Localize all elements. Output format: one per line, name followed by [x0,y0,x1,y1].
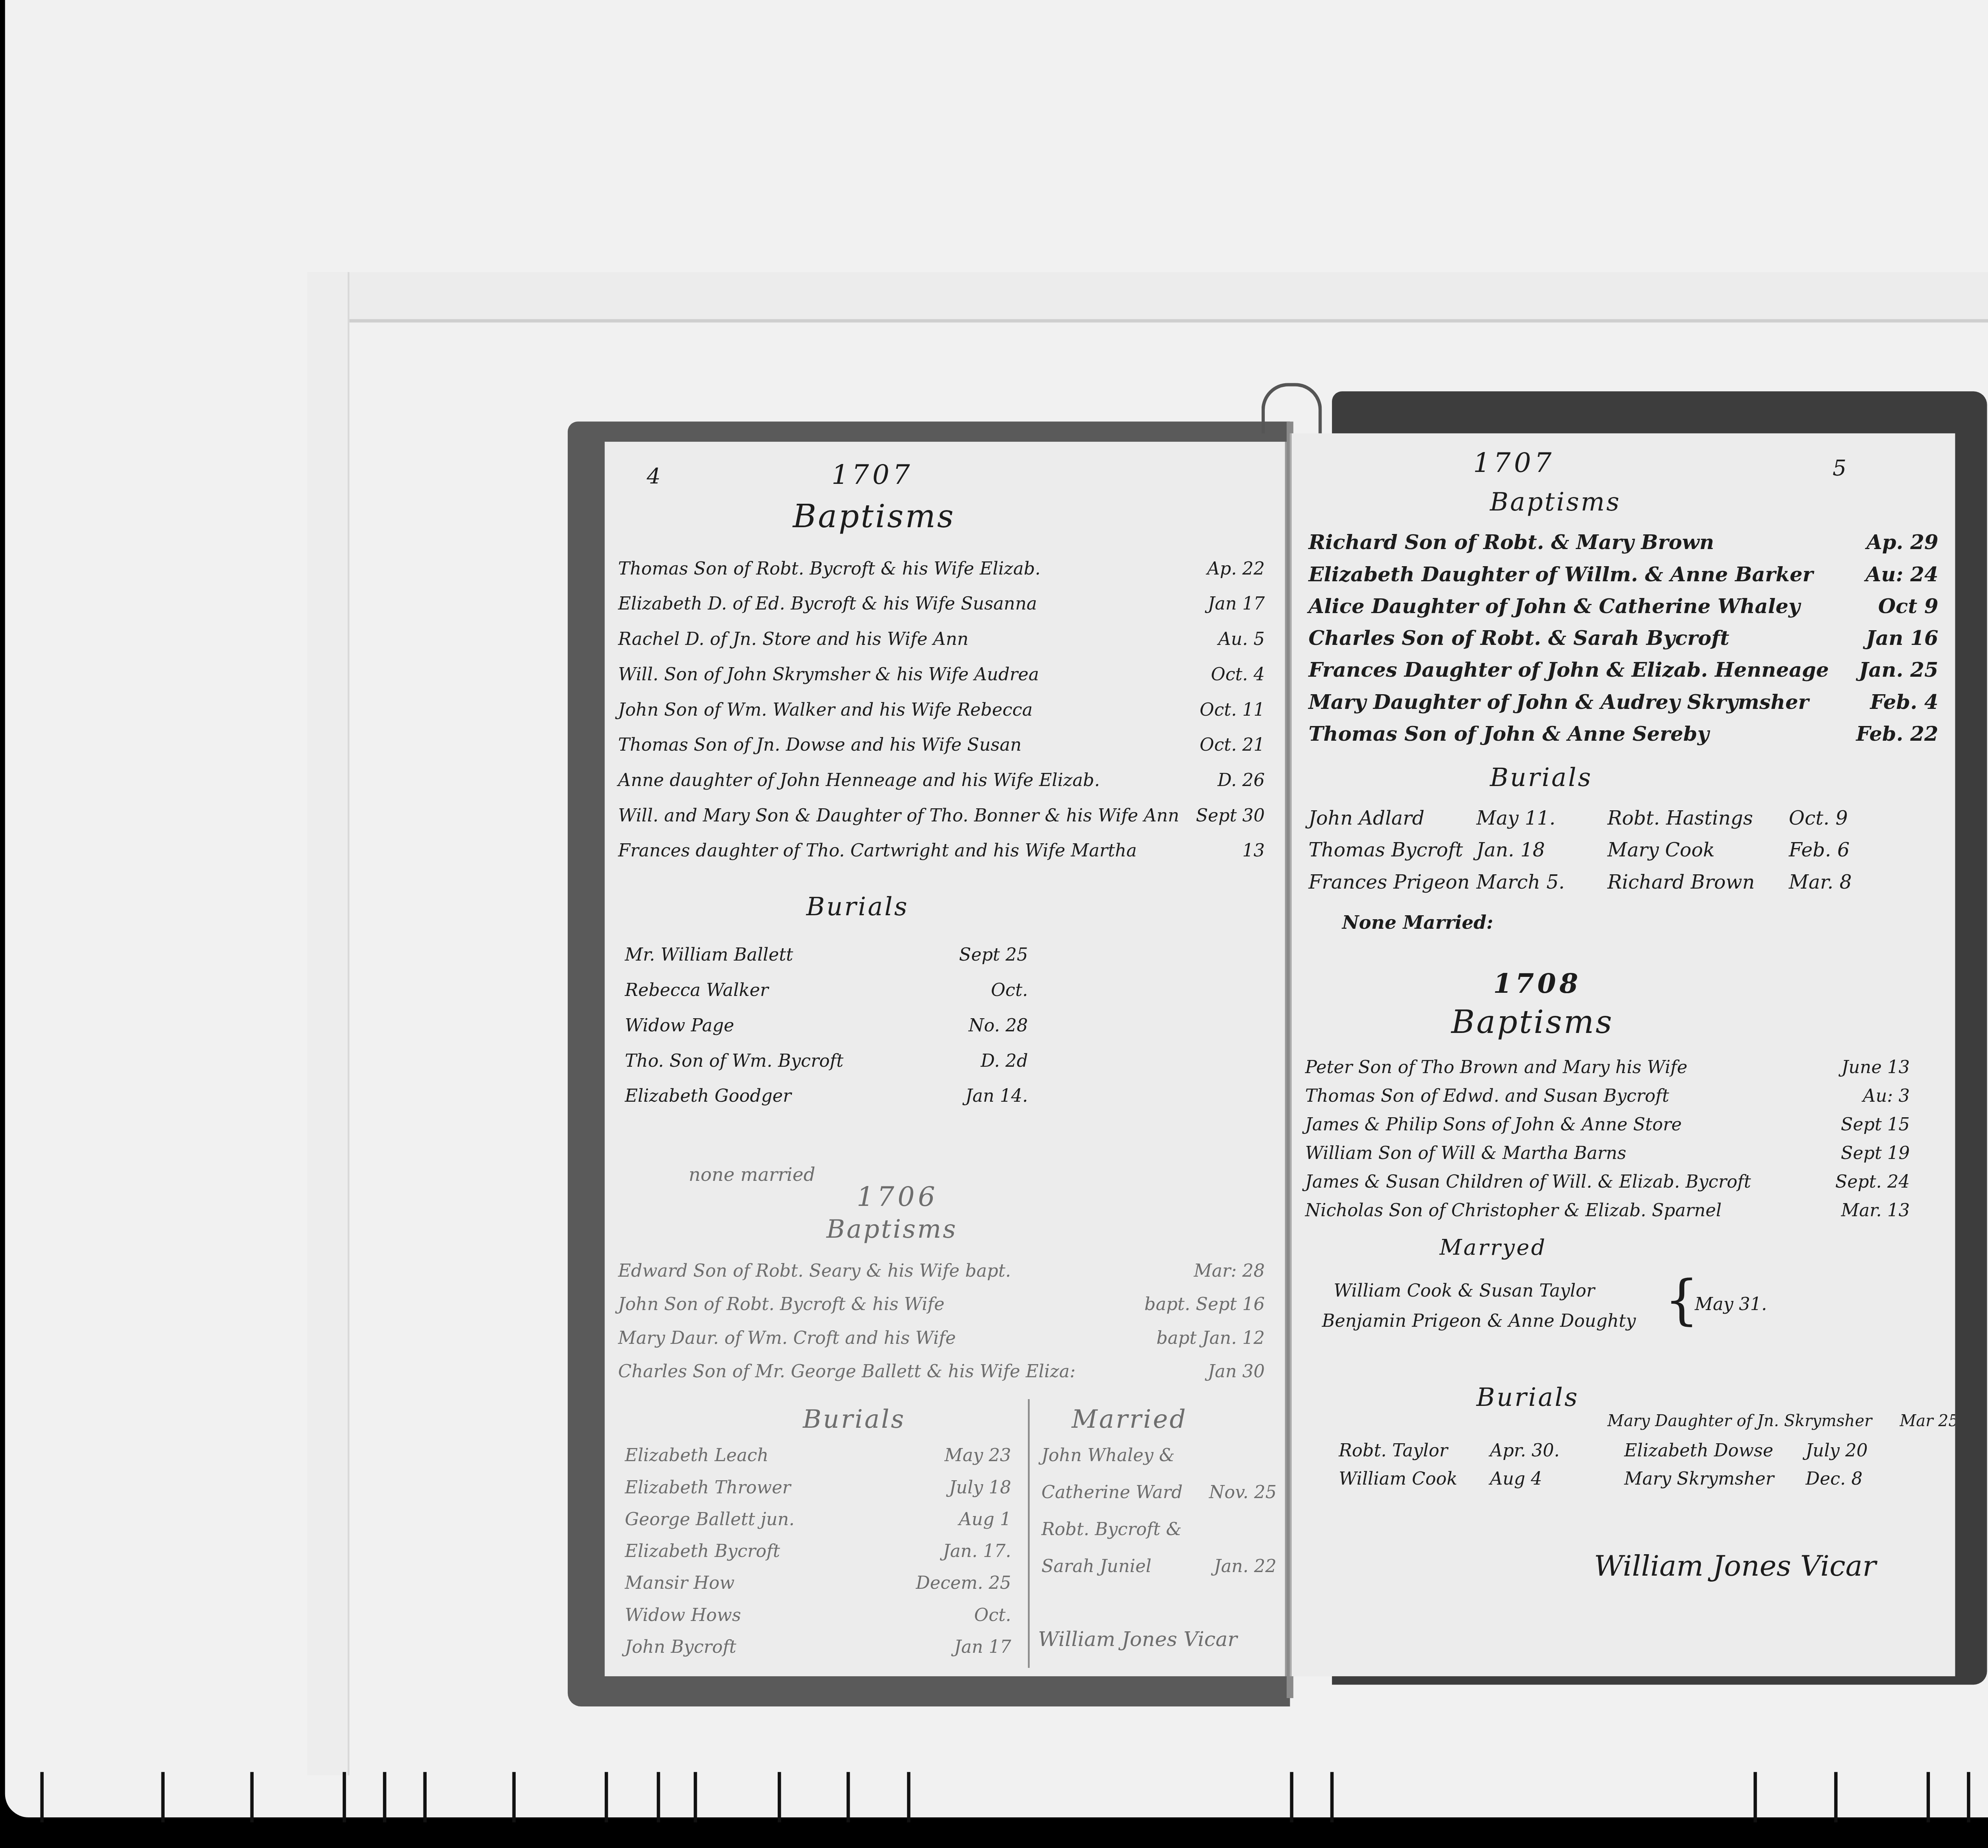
entry-text: Thomas Son of Jn. Dowse and his Wife Sus… [618,736,1022,756]
register-entry: Edward Son of Robt. Seary & his Wife bap… [618,1262,1265,1282]
burial-name: John Adlard [1309,806,1463,830]
burial-date: Apr. 30. [1490,1441,1611,1462]
entry-text: Elizabeth Daughter of Willm. & Anne Bark… [1309,563,1813,586]
section-heading-baptisms: Baptisms [1490,487,1621,517]
vicar-signature: William Jones Vicar [1594,1550,1876,1584]
page-number: 5 [1833,457,1846,482]
entry-text: Widow Hows [625,1606,741,1626]
burial-date: Mar. 8 [1789,870,1856,893]
entry-text: Richard Son of Robt. & Mary Brown [1309,531,1714,554]
burial-date: May 11. [1476,806,1594,830]
entry-date: June 13 [1842,1058,1910,1078]
entry-date: Au: 24 [1866,563,1938,586]
burial-date: Jan. 18 [1476,838,1594,862]
burial-date: July 20 [1806,1441,1873,1462]
entry-date: Jan. 17. [943,1542,1011,1562]
burial-date: Feb. 6 [1789,838,1856,862]
entry-date: Ap. 29 [1866,531,1938,554]
register-entry: Peter Son of Tho Brown and Mary his Wife… [1305,1058,1910,1078]
section-heading-burials: Burials [803,1404,905,1435]
register-entry: Alice Daughter of John & Catherine Whale… [1309,594,1938,618]
entry-date: D. 26 [1217,771,1265,791]
entry-date: Feb. 22 [1856,722,1938,746]
register-entry: John Whaley & [1041,1446,1276,1466]
burial-name: Elizabeth Dowse [1624,1441,1792,1462]
entry-text: Mr. William Ballett [625,945,793,966]
register-entry: Mary Daur. of Wm. Croft and his Wifebapt… [618,1329,1265,1349]
entry-date: Jan. 25 [1859,658,1939,682]
entry-text: Robt. Bycroft & [1041,1520,1182,1540]
entry-date: Jan 17 [954,1638,1011,1658]
burial-name: Richard Brown [1607,870,1775,893]
right-page: 1707 5 Baptisms Richard Son of Robt. & M… [1290,433,1955,1676]
year-heading: 1707 [1473,447,1555,479]
entry-text: John Bycroft [625,1638,736,1658]
open-register-book: 4 1707 Baptisms Thomas Son of Robt. Bycr… [568,391,1987,1710]
entry-text: Will. Son of John Skrymsher & his Wife A… [618,665,1039,685]
entry-date: Jan 30 [1208,1362,1265,1382]
burial-name: Mary Skrymsher [1624,1469,1792,1490]
register-entry: John Son of Robt. Bycroft & his Wifebapt… [618,1295,1265,1315]
sprocket-mark [161,1772,165,1823]
marriage-date: May 31. [1695,1295,1767,1315]
section-heading-baptisms: Baptisms [826,1214,957,1244]
brace-icon: { [1664,1273,1699,1327]
entry-date: Nov. 25 [1209,1483,1277,1503]
register-entry: Charles Son of Mr. George Ballett & his … [618,1362,1265,1382]
entry-date: Au. 5 [1218,630,1265,650]
entry-date: Sept 25 [959,945,1028,966]
sprocket-mark [907,1772,910,1823]
burial-date: Mar 25 [1900,1413,1955,1431]
entry-text: George Ballett jun. [625,1510,795,1530]
register-entry: Frances daughter of Tho. Cartwright and … [618,841,1265,862]
marriage-entry: William Cook & Susan Taylor [1334,1281,1595,1302]
entry-text: Edward Son of Robt. Seary & his Wife bap… [618,1262,1011,1282]
entry-text: James & Philip Sons of John & Anne Store [1305,1115,1681,1136]
sprocket-mark [1330,1772,1334,1823]
entry-date: Decem. 25 [916,1574,1011,1594]
entry-text: Catherine Ward [1041,1483,1182,1503]
entry-text: John Whaley & [1041,1446,1175,1466]
register-entry: Thomas Son of John & Anne SerebyFeb. 22 [1309,722,1938,746]
entry-text: Tho. Son of Wm. Bycroft [625,1052,844,1072]
register-entry: Elizabeth ThrowerJuly 18 [625,1478,1011,1499]
register-entry: Elizabeth Daughter of Willm. & Anne Bark… [1309,563,1938,586]
section-heading-married: Marryed [1439,1236,1547,1261]
entry-text: William Son of Will & Martha Barns [1305,1144,1626,1164]
sprocket-mark [40,1772,43,1823]
register-entry: Rebecca WalkerOct. [625,981,1028,1001]
sprocket-mark [846,1772,850,1823]
sprocket-mark [605,1772,608,1823]
register-entry: Mr. William BallettSept 25 [625,945,1028,966]
none-married-note: None Married: [1342,912,1493,934]
entry-text: Elizabeth Goodger [625,1087,792,1107]
sprocket-mark [657,1772,660,1823]
register-entry: Thomas Son of Jn. Dowse and his Wife Sus… [618,736,1265,756]
register-entry: Thomas Son of Robt. Bycroft & his Wife E… [618,559,1265,580]
sprocket-mark [383,1772,386,1823]
sprocket-mark [423,1772,427,1823]
burial-date: March 5. [1476,870,1594,893]
microfilm-scan: 4 1707 Baptisms Thomas Son of Robt. Bycr… [0,0,1988,1848]
sprocket-mark [343,1772,346,1823]
sprocket-mark [1967,1772,1971,1823]
register-entry: John Son of Wm. Walker and his Wife Rebe… [618,701,1265,721]
section-heading-burials: Burials [1476,1382,1579,1413]
register-entry: Robt. Bycroft & [1041,1520,1276,1540]
register-entry: Will. Son of John Skrymsher & his Wife A… [618,665,1265,685]
entry-text: Will. and Mary Son & Daughter of Tho. Bo… [618,806,1179,827]
entry-date: Oct. 4 [1211,665,1265,685]
entry-date: Oct 9 [1878,594,1938,618]
section-heading-married: Married [1072,1404,1187,1435]
entry-date: Aug 1 [959,1510,1011,1530]
register-entry: Elizabeth BycroftJan. 17. [625,1542,1011,1562]
year-heading: 1706 [856,1181,938,1213]
section-heading-baptisms: Baptisms [793,499,955,536]
entry-text: Widow Page [625,1016,734,1037]
register-entry: George Ballett jun.Aug 1 [625,1510,1011,1530]
entry-date: 13 [1242,841,1265,862]
entry-date: Oct. 21 [1200,736,1265,756]
entry-text: Charles Son of Robt. & Sarah Bycroft [1309,627,1730,650]
frame-left-border [307,272,349,1775]
entry-date: Jan 14. [965,1087,1028,1107]
entry-text: Mary Daughter of John & Audrey Skrymsher [1309,690,1809,714]
entry-text: Rebecca Walker [625,981,769,1001]
sprocket-mark [512,1772,515,1823]
frame-top-border [307,272,1988,322]
register-entry: Rachel D. of Jn. Store and his Wife AnnA… [618,630,1265,650]
register-entry: Mansir HowDecem. 25 [625,1574,1011,1594]
entry-text: Sarah Juniel [1041,1557,1151,1577]
burial-entry: Mary Daughter of Jn. Skrymsher [1607,1413,1872,1431]
film-sprocket-marks [0,1772,1988,1848]
entry-date: No. 28 [969,1016,1028,1037]
vicar-signature: William Jones Vicar [1038,1628,1237,1651]
none-married-note: none married [689,1164,815,1186]
entry-text: Elizabeth Leach [625,1446,769,1466]
burial-date: Oct. 9 [1789,806,1856,830]
entry-date: Jan 17 [1208,594,1265,615]
entry-text: Mary Daur. of Wm. Croft and his Wife [618,1329,956,1349]
register-entry: Mary Daughter of John & Audrey Skrymsher… [1309,690,1938,714]
entry-text: James & Susan Children of Will. & Elizab… [1305,1172,1751,1193]
register-entry: William Son of Will & Martha BarnsSept 1… [1305,1144,1910,1164]
column-divider [1028,1399,1029,1668]
burial-name: Thomas Bycroft [1309,838,1463,862]
entry-text: Elizabeth D. of Ed. Bycroft & his Wife S… [618,594,1037,615]
page-number: 4 [646,465,660,490]
entry-date: Oct. [974,1606,1011,1626]
entry-text: John Son of Wm. Walker and his Wife Rebe… [618,701,1033,721]
entry-text: Rachel D. of Jn. Store and his Wife Ann [618,630,969,650]
register-entry: Charles Son of Robt. & Sarah BycroftJan … [1309,627,1938,650]
register-entry: Anne daughter of John Henneage and his W… [618,771,1265,791]
entry-date: Sept. 24 [1835,1172,1910,1193]
entry-date: Jan 16 [1866,627,1938,650]
entry-date: Mar. 13 [1841,1201,1910,1221]
sprocket-mark [250,1772,253,1823]
entry-text: Thomas Son of Edwd. and Susan Bycroft [1305,1087,1669,1107]
section-heading-burials: Burials [806,892,909,922]
entry-date: bapt Jan. 12 [1156,1329,1265,1349]
entry-date: Feb. 4 [1870,690,1938,714]
entry-date: Mar: 28 [1194,1262,1265,1282]
sprocket-mark [1927,1772,1930,1823]
register-entry: Frances Daughter of John & Elizab. Henne… [1309,658,1938,682]
register-entry: James & Philip Sons of John & Anne Store… [1305,1115,1910,1136]
register-entry: James & Susan Children of Will. & Elizab… [1305,1172,1910,1193]
year-heading: 1707 [831,458,913,490]
left-page: 4 1707 Baptisms Thomas Son of Robt. Bycr… [605,442,1287,1676]
entry-date: Sept 30 [1196,806,1265,827]
register-entry: Elizabeth D. of Ed. Bycroft & his Wife S… [618,594,1265,615]
sprocket-mark [1753,1772,1757,1823]
entry-date: Oct. 11 [1200,701,1265,721]
register-entry: Will. and Mary Son & Daughter of Tho. Bo… [618,806,1265,827]
register-entry: Richard Son of Robt. & Mary BrownAp. 29 [1309,531,1938,554]
entry-date: bapt. Sept 16 [1144,1295,1265,1315]
sprocket-mark [1834,1772,1837,1823]
sprocket-mark [1290,1772,1293,1823]
entry-date: July 18 [949,1478,1011,1499]
entry-text: Frances daughter of Tho. Cartwright and … [618,841,1137,862]
entry-date: Sept 15 [1841,1115,1910,1136]
register-entry: Nicholas Son of Christopher & Elizab. Sp… [1305,1201,1910,1221]
entry-date: Sept 19 [1841,1144,1910,1164]
entry-text: Alice Daughter of John & Catherine Whale… [1309,594,1800,618]
register-entry: Tho. Son of Wm. BycroftD. 2d [625,1052,1028,1072]
year-heading: 1708 [1493,967,1582,999]
entry-date: D. 2d [981,1052,1028,1072]
register-entry: John BycroftJan 17 [625,1638,1011,1658]
entry-text: Nicholas Son of Christopher & Elizab. Sp… [1305,1201,1722,1221]
entry-text: Thomas Son of Robt. Bycroft & his Wife E… [618,559,1041,580]
marriage-entry: Benjamin Prigeon & Anne Doughty [1322,1312,1636,1332]
entry-date: Au: 3 [1863,1087,1910,1107]
register-entry: Widow HowsOct. [625,1606,1011,1626]
entry-text: Mansir How [625,1574,735,1594]
entry-text: Frances Daughter of John & Elizab. Henne… [1309,658,1829,682]
burial-name: Robt. Taylor [1339,1441,1476,1462]
register-entry: Sarah JunielJan. 22 [1041,1557,1276,1577]
entry-text: Elizabeth Thrower [625,1478,791,1499]
entry-text: Thomas Son of John & Anne Sereby [1309,722,1709,746]
burial-name: Frances Prigeon [1309,870,1463,893]
section-heading-baptisms: Baptisms [1451,1004,1613,1041]
entry-text: John Son of Robt. Bycroft & his Wife [618,1295,945,1315]
entry-text: Anne daughter of John Henneage and his W… [618,771,1100,791]
register-entry: Catherine WardNov. 25 [1041,1483,1276,1503]
burial-name: Mary Cook [1607,838,1775,862]
entry-date: Jan. 22 [1214,1557,1276,1577]
sprocket-mark [693,1772,697,1823]
entry-text: Charles Son of Mr. George Ballett & his … [618,1362,1076,1382]
burial-name: William Cook [1339,1469,1476,1490]
entry-text: Peter Son of Tho Brown and Mary his Wife [1305,1058,1687,1078]
sprocket-mark [778,1772,781,1823]
entry-date: May 23 [945,1446,1011,1466]
entry-text: Elizabeth Bycroft [625,1542,780,1562]
burial-date: Aug 4 [1490,1469,1611,1490]
register-entry: Elizabeth GoodgerJan 14. [625,1087,1028,1107]
register-entry: Widow PageNo. 28 [625,1016,1028,1037]
entry-date: Oct. [991,981,1028,1001]
burial-date: Dec. 8 [1806,1469,1873,1490]
register-entry: Elizabeth LeachMay 23 [625,1446,1011,1466]
entry-date: Ap. 22 [1207,559,1265,580]
burial-name: Robt. Hastings [1607,806,1775,830]
section-heading-burials: Burials [1490,763,1592,793]
register-entry: Thomas Son of Edwd. and Susan BycroftAu:… [1305,1087,1910,1107]
